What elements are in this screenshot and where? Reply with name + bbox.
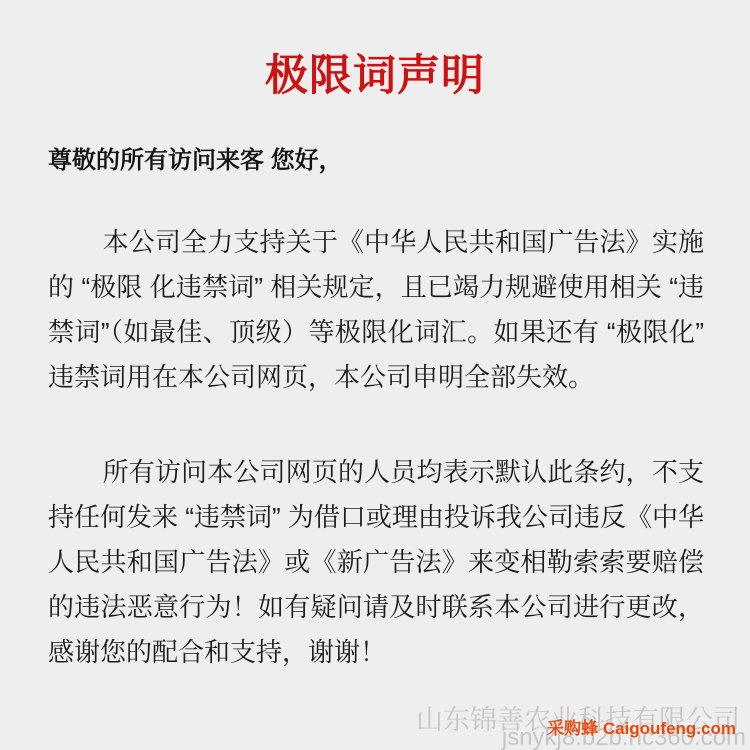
page-title: 极限词声明 bbox=[0, 52, 750, 100]
salutation-line: 尊敬的所有访问来客 您好， bbox=[48, 140, 343, 175]
statement-paragraph-2: 所有访问本公司网页的人员均表示默认此条约，不支持任何发来 “违禁词” 为借口或理… bbox=[48, 450, 704, 675]
watermark-site-url: jsnykj8.b2b.hc360.com bbox=[502, 724, 746, 750]
watermark-company-name: 山东锦善农业科技有限公司 bbox=[416, 698, 740, 737]
watermark-caigoufeng-badge: 采购蜂 Caigoufeng.com bbox=[547, 714, 736, 739]
disclaimer-page: 极限词声明 尊敬的所有访问来客 您好， 本公司全力支持关于《中华人民共和国广告法… bbox=[0, 0, 750, 750]
statement-paragraph-1: 本公司全力支持关于《中华人民共和国广告法》实施的 “极限 化违禁词” 相关规定，… bbox=[48, 220, 704, 400]
